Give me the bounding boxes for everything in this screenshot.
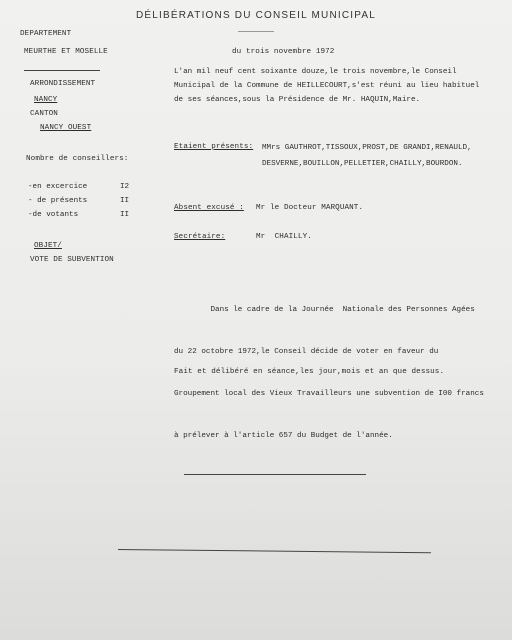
arrondissement-value: NANCY	[34, 96, 57, 104]
absent-label: Absent excusé :	[174, 204, 244, 212]
header-underline	[238, 31, 274, 32]
absent-value: Mr le Docteur MARQUANT.	[256, 204, 363, 212]
departement-value: MEURTHE ET MOSELLE	[24, 48, 108, 56]
objet-value: VOTE DE SUBVENTION	[30, 256, 114, 264]
closing-statement: Fait et délibéré en séance,les jour,mois…	[174, 368, 444, 376]
count-row: -de votants II	[28, 208, 129, 222]
presents-label: Etaient présents:	[174, 143, 253, 151]
secretaire-value: Mr CHAILLY.	[256, 233, 312, 241]
left-divider	[24, 70, 100, 71]
canton-label: CANTON	[30, 110, 58, 118]
arrondissement-label: ARRONDISSEMENT	[30, 80, 95, 88]
conseillers-label: Nombre de conseillers:	[26, 155, 128, 163]
objet-label: OBJET/	[34, 242, 62, 250]
departement-label: DEPARTEMENT	[20, 30, 71, 38]
bottom-rule	[118, 549, 431, 553]
secretaire-label: Secrétaire:	[174, 233, 225, 241]
signature-line	[184, 474, 366, 475]
count-row: - de présents II	[28, 194, 129, 208]
canton-value: NANCY OUEST	[40, 124, 91, 132]
counts-table: -en excercice I2 - de présents II -de vo…	[28, 180, 129, 222]
document-header: DÉLIBÉRATIONS DU CONSEIL MUNICIPAL	[0, 10, 512, 21]
count-row: -en excercice I2	[28, 180, 129, 194]
meeting-date: du trois novembre 1972	[232, 48, 334, 56]
presents-list: MMrs GAUTHROT,TISSOUX,PROST,DE GRANDI,RE…	[262, 140, 472, 172]
document-page: DÉLIBÉRATIONS DU CONSEIL MUNICIPAL DEPAR…	[0, 0, 512, 640]
intro-paragraph: L'an mil neuf cent soixante douze,le tro…	[174, 65, 479, 107]
